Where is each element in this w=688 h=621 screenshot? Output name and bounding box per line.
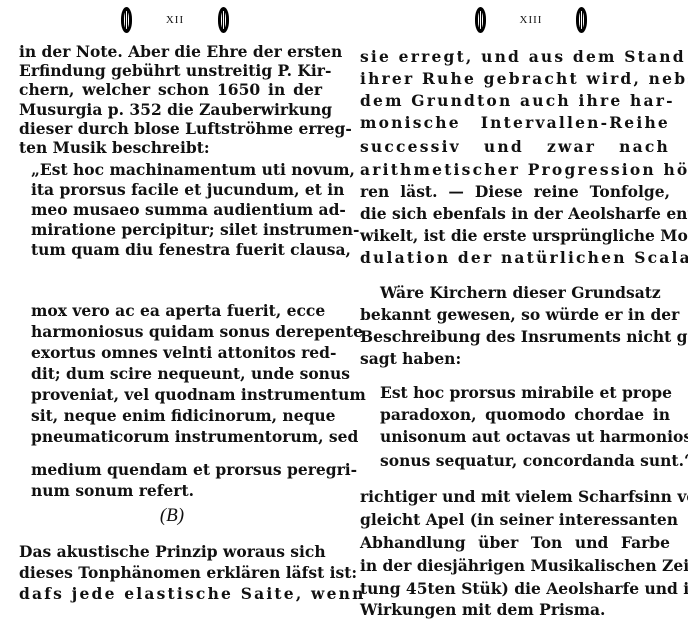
footnote-line: dafs jede elastische Saite, wenn — [19, 584, 322, 603]
quote-line: Est hoc prorsus mirabile et prope — [380, 383, 670, 402]
text-line: ren läst. — Diese reine Tonfolge, — [360, 182, 670, 201]
text-line: die sich ebenfals in der Aeolsharfe ent- — [360, 204, 670, 223]
text-line: bekannt gewesen, so würde er in der — [360, 305, 670, 324]
text-line: monische Intervallen-Reihe — [360, 113, 670, 132]
right-page: XIII sie erregt, und aus dem Stand ihrer… — [344, 0, 688, 621]
quote-line: num sonum refert. — [31, 481, 320, 500]
left-page: XII in der Note. Aber die Ehre der erste… — [0, 0, 344, 621]
text-line: dieser durch blose Luftströhme erreg- — [19, 119, 322, 138]
text-line: ihrer Ruhe gebracht wird, nebst — [360, 69, 670, 88]
footnote-line: Das akustische Prinzip woraus sich — [19, 542, 322, 561]
ornament-icon — [576, 7, 587, 33]
quote-line: tum quam diu fenestra fuerit clausa, — [31, 240, 320, 259]
quote-line: dit; dum scire nequeunt, unde sonus — [31, 364, 320, 383]
quote-line: proveniat, vel quodnam instrumentum — [31, 385, 320, 404]
text-line: chern, welcher schon 1650 in der — [19, 80, 322, 99]
text-line: ten Musik beschreibt: — [19, 138, 322, 157]
quote-line: pneumaticorum instrumentorum, sed — [31, 427, 320, 446]
page-number: XIII — [520, 14, 543, 26]
text-line: dulation der natürlichen Scala. — — [360, 248, 670, 267]
quote-line: sit, neque enim fidicinorum, neque — [31, 406, 320, 425]
quote-line: „Est hoc machinamentum uti novum, — [31, 160, 320, 179]
text-line: sagt haben: — [360, 349, 670, 368]
text-line: Beschreibung des Insruments nicht ge- — [360, 327, 670, 346]
text-line: tung 45ten Stük) die Aeolsharfe und ihre — [360, 579, 670, 598]
text-line: Wirkungen mit dem Prisma. — [360, 600, 670, 619]
quote-line: sonus sequatur, concordanda sunt.“ — [380, 451, 670, 470]
footnote-marker: (B) — [0, 505, 344, 527]
quote-line: meo musaeo summa audientium ad- — [31, 200, 320, 219]
quote-line: paradoxon, quomodo chordae in — [380, 405, 670, 424]
quote-line: ita prorsus facile et jucundum, et in — [31, 180, 320, 199]
page-header-right: XIII — [466, 4, 596, 36]
ornament-icon — [218, 7, 229, 33]
text-line: in der diesjährigen Musikalischen Zei- — [360, 556, 670, 575]
quote-line: mox vero ac ea aperta fuerit, ecce — [31, 301, 320, 320]
text-line: arithmetischer Progression hö- — [360, 160, 670, 179]
footnote-line: dieses Tonphänomen erklären läfst ist: — [19, 563, 322, 582]
text-line: in der Note. Aber die Ehre der ersten — [19, 42, 322, 61]
page-header-left: XII — [110, 4, 240, 36]
text-line: dem Grundton auch ihre har- — [360, 91, 670, 110]
ornament-icon — [475, 7, 486, 33]
text-line: Musurgia p. 352 die Zauberwirkung — [19, 100, 322, 119]
text-line: gleicht Apel (in seiner interessanten — [360, 510, 670, 529]
text-line: sie erregt, und aus dem Stand — [360, 47, 670, 66]
page-number: XII — [166, 14, 184, 26]
quote-line: medium quendam et prorsus peregri- — [31, 460, 320, 479]
text-line: Erfindung gebührt unstreitig P. Kir- — [19, 61, 322, 80]
text-line: Abhandlung über Ton und Farbe — [360, 533, 670, 552]
ornament-icon — [121, 7, 132, 33]
quote-line: unisonum aut octavas ut harmoniosus — [380, 427, 670, 446]
quote-line: exortus omnes velnti attonitos red- — [31, 343, 320, 362]
text-line: successiv und zwar nach — [360, 137, 670, 156]
text-line: Wäre Kirchern dieser Grundsatz — [380, 283, 670, 302]
quote-line: miratione percipitur; silet instrumen- — [31, 220, 320, 239]
quote-line: harmoniosus quidam sonus derepente — [31, 322, 320, 341]
text-line: richtiger und mit vielem Scharfsinn ver- — [360, 487, 670, 506]
text-line: wikelt, ist die erste ursprüngliche Mo- — [360, 226, 670, 245]
